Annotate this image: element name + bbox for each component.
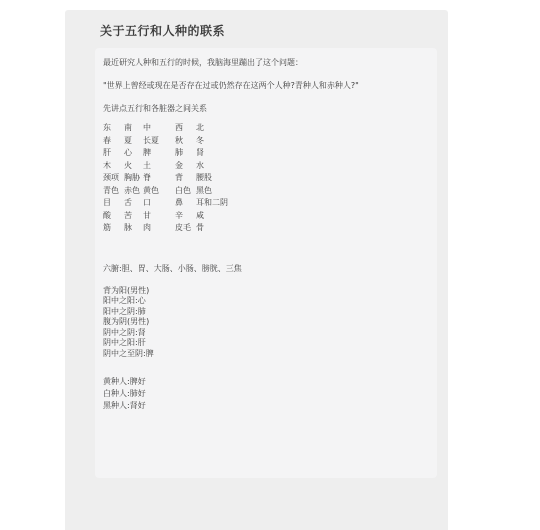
table-cell: 黄色 [143,185,175,198]
table-cell: 西 [175,122,196,135]
table-cell: 脉 [124,222,143,235]
table-cell: 北 [196,122,228,135]
table-row: 酸 苦 甘 辛 咸 [103,210,228,223]
table-row: 木 火 土 金 水 [103,160,228,173]
table-row: 肝 心 脾 肺 肾 [103,147,228,160]
yinyang-line: 腹为阴(男性) [103,317,429,328]
intro-paragraph-2: "世界上曾经或现在是否存在过或仍然存在这两个人种?青种人和赤种人?" [103,80,429,92]
table-cell: 鼻 [175,197,196,210]
table-cell: 肾 [196,147,228,160]
table-cell: 舌 [124,197,143,210]
yinyang-line: 阴中之至阴:脾 [103,349,429,360]
table-cell: 春 [103,135,124,148]
race-line: 黄种人:脾好 [103,376,429,388]
content-panel: 最近研究人种和五行的时候，我脑海里蹦出了这个问题： "世界上曾经或现在是否存在过… [95,48,437,405]
article-card: 关于五行和人种的联系 最近研究人种和五行的时候，我脑海里蹦出了这个问题： "世界… [65,10,448,405]
table-cell: 脾 [143,147,175,160]
table-cell: 木 [103,160,124,173]
table-cell: 酸 [103,210,124,223]
yinyang-line: 阳中之阴:肺 [103,307,429,318]
table-cell: 肺 [175,147,196,160]
table-cell: 咸 [196,210,228,223]
wuxing-table: 东 南 中 西 北 春 夏 长夏 秋 冬 肝 心 [103,122,228,235]
table-cell: 中 [143,122,175,135]
table-cell: 骨 [196,222,228,235]
table-row: 春 夏 长夏 秋 冬 [103,135,228,148]
table-cell: 心 [124,147,143,160]
table-cell: 甘 [143,210,175,223]
table-cell: 水 [196,160,228,173]
table-cell: 苦 [124,210,143,223]
table-row: 目 舌 口 鼻 耳和二阴 [103,197,228,210]
table-row: 青色 赤色 黄色 白色 黑色 [103,185,228,198]
yinyang-line: 阴中之阴:肾 [103,328,429,339]
race-line: 黑种人:肾好 [103,400,429,405]
table-row: 颈项 胸胁 脊 背 腰股 [103,172,228,185]
table-cell: 南 [124,122,143,135]
table-cell: 脊 [143,172,175,185]
table-cell: 土 [143,160,175,173]
intro-paragraph-3: 先讲点五行和各脏器之间关系 [103,103,429,115]
table-cell: 胸胁 [124,172,143,185]
table-cell: 耳和二阴 [196,197,228,210]
race-line: 白种人:肺好 [103,388,429,400]
yinyang-line: 阴中之阳:肝 [103,338,429,349]
table-cell: 筋 [103,222,124,235]
table-cell: 目 [103,197,124,210]
table-cell: 腰股 [196,172,228,185]
table-cell: 皮毛 [175,222,196,235]
table-cell: 青色 [103,185,124,198]
liufu-line: 六腑:胆、胃、大肠、小肠、膀胱、三焦 [103,263,429,275]
table-cell: 夏 [124,135,143,148]
table-cell: 长夏 [143,135,175,148]
table-cell: 黑色 [196,185,228,198]
table-cell: 肝 [103,147,124,160]
table-cell: 秋 [175,135,196,148]
table-cell: 白色 [175,185,196,198]
races-block: 黄种人:脾好 白种人:肺好 黑种人:肾好 [103,376,429,405]
table-cell: 口 [143,197,175,210]
table-cell: 东 [103,122,124,135]
table-cell: 肉 [143,222,175,235]
table-cell: 背 [175,172,196,185]
table-row: 筋 脉 肉 皮毛 骨 [103,222,228,235]
page-title: 关于五行和人种的联系 [65,10,448,39]
intro-paragraph-1: 最近研究人种和五行的时候，我脑海里蹦出了这个问题： [103,57,429,69]
table-cell: 火 [124,160,143,173]
table-cell: 金 [175,160,196,173]
table-cell: 赤色 [124,185,143,198]
yinyang-line: 阳中之阳:心 [103,296,429,307]
table-cell: 颈项 [103,172,124,185]
yinyang-block: 背为阳(男性) 阳中之阳:心 阳中之阴:肺 腹为阴(男性) 阴中之阴:肾 阴中之… [103,286,429,360]
table-row: 东 南 中 西 北 [103,122,228,135]
table-cell: 冬 [196,135,228,148]
table-cell: 辛 [175,210,196,223]
yinyang-line: 背为阳(男性) [103,286,429,297]
